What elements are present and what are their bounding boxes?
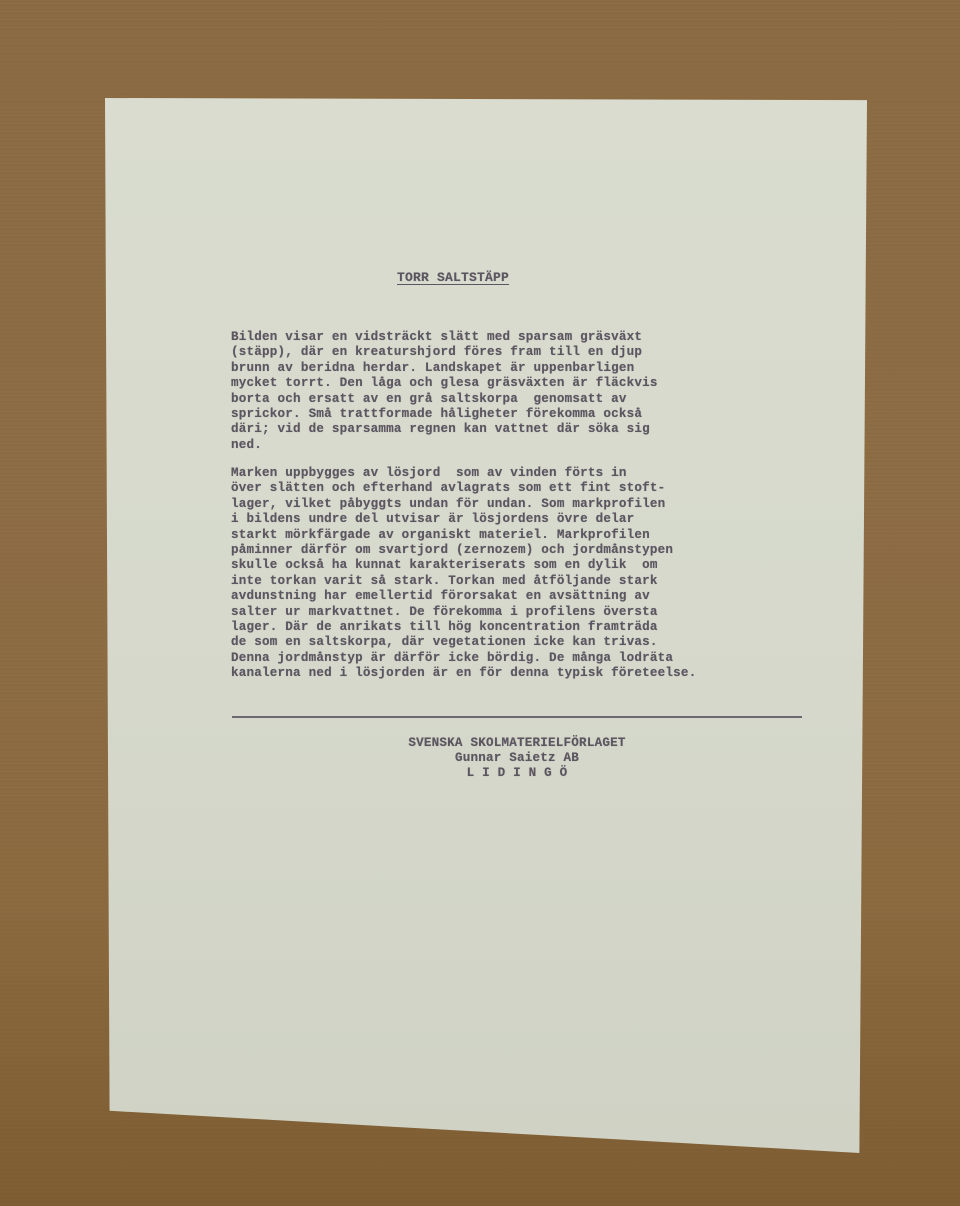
text-line: brunn av beridna herdar. Landskapet är u…	[231, 361, 831, 376]
horizontal-rule	[232, 716, 802, 718]
text-line: salter ur markvattnet. De förekomma i pr…	[231, 605, 831, 620]
text-line: de som en saltskorpa, där vegetationen i…	[231, 635, 831, 650]
paragraph-1: Bilden visar en vidsträckt slätt med spa…	[231, 330, 831, 453]
text-line: (stäpp), där en kreaturshjord föres fram…	[231, 345, 831, 360]
publisher-city: L I D I N G Ö	[232, 766, 802, 781]
paragraph-2: Marken uppbygges av lösjord som av vinde…	[231, 466, 831, 682]
text-line: borta och ersatt av en grå saltskorpa ge…	[231, 392, 831, 407]
text-line: påminner därför om svartjord (zernozem) …	[231, 543, 831, 558]
typed-sheet: TORR SALTSTÄPP Bilden visar en vidsträck…	[105, 98, 867, 1153]
text-line: däri; vid de sparsamma regnen kan vattne…	[231, 422, 831, 437]
text-line: lager. Där de anrikats till hög koncentr…	[231, 620, 831, 635]
document-title: TORR SALTSTÄPP	[397, 270, 509, 285]
publisher-block: SVENSKA SKOLMATERIELFÖRLAGET Gunnar Saie…	[232, 736, 802, 781]
text-line: ned.	[231, 438, 831, 453]
text-line: sprickor. Små trattformade håligheter fö…	[231, 407, 831, 422]
text-line: i bildens undre del utvisar är lösjorden…	[231, 512, 831, 527]
text-line: lager, vilket påbyggts undan för undan. …	[231, 497, 831, 512]
text-line: starkt mörkfärgade av organiskt materiel…	[231, 528, 831, 543]
text-line: skulle också ha kunnat karakteriserats s…	[231, 558, 831, 573]
text-line: över slätten och efterhand avlagrats som…	[231, 481, 831, 496]
publisher-company: Gunnar Saietz AB	[232, 751, 802, 766]
text-line: Marken uppbygges av lösjord som av vinde…	[231, 466, 831, 481]
publisher-name: SVENSKA SKOLMATERIELFÖRLAGET	[232, 736, 802, 751]
text-line: Bilden visar en vidsträckt slätt med spa…	[231, 330, 831, 345]
text-line: mycket torrt. Den låga och glesa gräsväx…	[231, 376, 831, 391]
text-line: avdunstning har emellertid förorsakat en…	[231, 589, 831, 604]
text-line: kanalerna ned i lösjorden är en för denn…	[231, 666, 831, 681]
text-line: inte torkan varit så stark. Torkan med å…	[231, 574, 831, 589]
text-line: Denna jordmånstyp är därför icke bördig.…	[231, 651, 831, 666]
